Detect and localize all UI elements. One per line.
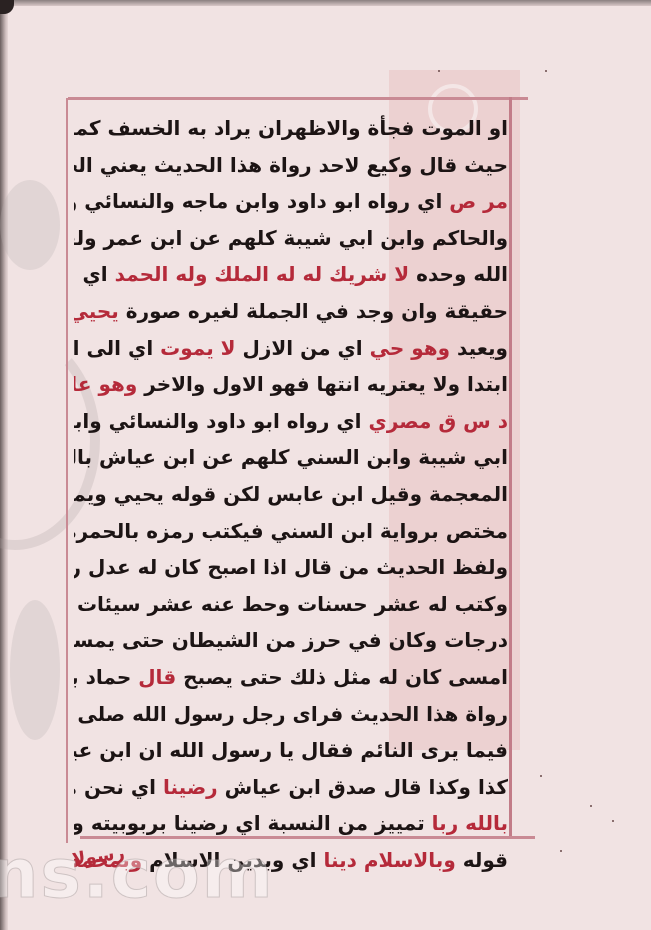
frame-rule-top: [68, 97, 528, 100]
text-line: فيما يرى النائم فقال يا رسول الله ان ابن…: [74, 732, 508, 769]
body-text: امسى كان له مثل ذلك حتى يصبح: [176, 665, 508, 689]
text-line: والحاكم وابن ابي شيبة كلهم عن ابن عمر ول…: [74, 220, 508, 257]
ink-speck: [590, 805, 592, 807]
body-text: ابتدا ولا يعتريه انتها فهو الاول والاخر: [137, 372, 508, 396]
rubric-text: لا يموت: [160, 336, 235, 360]
body-text: او الموت فجأة والاظهران يراد به الخسف كم…: [74, 116, 508, 140]
ink-speck: [545, 70, 547, 72]
text-line: الله وحده لا شريك له له الملك وله الحمد …: [74, 256, 508, 293]
body-text: حماد بن سلمة احد: [74, 665, 138, 689]
text-line: ولفظ الحديث من قال اذا اصبح كان له عدل ر…: [74, 549, 508, 586]
body-text: حقيقة وان وجد في الجملة لغيره صورة: [119, 299, 508, 323]
text-line: حيث قال وكيع لاحد رواة هذا الحديث يعني ا…: [74, 147, 508, 184]
rubric-text: قال: [138, 665, 176, 689]
text-line: ويعيد وهو حي اي من الازل لا يموت اي الى …: [74, 330, 508, 367]
frame-rule-left: [66, 98, 68, 843]
rubric-text: وهو حي: [370, 336, 450, 360]
rubric-text: وبالاسلام دينا: [323, 848, 455, 872]
rubric-text: رضينا: [163, 775, 218, 799]
body-text: تمييز من النسبة اي رضينا بربوبيته وكذا ا…: [74, 811, 432, 835]
body-text: درجات وكان في حرز من الشيطان حتى يمسي وا…: [74, 628, 508, 652]
body-text: اي علي وجه الاختصاص: [74, 262, 115, 286]
frame-rule-right: [509, 97, 512, 837]
manuscript-text-block: او الموت فجأة والاظهران يراد به الخسف كم…: [74, 110, 508, 878]
text-line: مختص برواية ابن السني فيكتب رمزه بالحمرة…: [74, 513, 508, 550]
body-text: حيث قال وكيع لاحد رواة هذا الحديث يعني ا…: [74, 153, 508, 177]
rubric-text: د س ق مصري: [369, 409, 509, 433]
body-text: فيما يرى النائم فقال يا رسول الله ان ابن…: [74, 738, 508, 762]
ink-speck: [560, 850, 562, 852]
text-line: مر ص اي رواه ابو داود وابن ماجه والنسائي…: [74, 183, 508, 220]
text-line: رواة هذا الحديث فراى رجل رسول الله صلى ا…: [74, 696, 508, 733]
text-line: ابتدا ولا يعتريه انتها فهو الاول والاخر …: [74, 366, 508, 403]
text-line: او الموت فجأة والاظهران يراد به الخسف كم…: [74, 110, 508, 147]
rubric-text: مر ص: [449, 189, 508, 213]
body-text: والحاكم وابن ابي شيبة كلهم عن ابن عمر ول…: [74, 226, 508, 250]
text-line: د س ق مصري اي رواه ابو داود والنسائي واب…: [74, 403, 508, 440]
body-text: وكتب له عشر حسنات وحط عنه عشر سيئات ورفع…: [74, 592, 508, 616]
rubric-text: يحيي ويميت: [74, 299, 119, 323]
body-text: اي رواه ابو داود وابن ماجه والنسائي وابن…: [74, 189, 449, 213]
text-line: ابي شيبة وابن السني كلهم عن ابن عياش بال…: [74, 439, 508, 476]
body-text: ويعيد: [450, 336, 508, 360]
body-text: اي نحن معاشر المومنين: [74, 775, 163, 799]
body-text: رواة هذا الحديث فراى رجل رسول الله صلى ا…: [74, 702, 508, 726]
text-line: وكتب له عشر حسنات وحط عنه عشر سيئات ورفع…: [74, 586, 508, 623]
body-text: مختص برواية ابن السني فيكتب رمزه بالحمرة…: [74, 519, 508, 543]
body-text: المعجمة وقيل ابن عابس لكن قوله يحيي ويمي…: [74, 482, 508, 506]
body-text: ابي شيبة وابن السني كلهم عن ابن عياش بال…: [74, 445, 508, 469]
text-line: امسى كان له مثل ذلك حتى يصبح قال حماد بن…: [74, 659, 508, 696]
text-line: كذا وكذا قال صدق ابن عياش رضينا اي نحن م…: [74, 769, 508, 806]
body-text: كذا وكذا قال صدق ابن عياش: [218, 775, 508, 799]
site-watermark: ns.com: [0, 835, 275, 914]
body-text: اي من الازل: [236, 336, 370, 360]
rubric-text: وهو على كل شيء قدير: [74, 372, 137, 396]
body-text: اي رواه ابو داود والنسائي وابن ماجه وابن: [74, 409, 369, 433]
text-line: حقيقة وان وجد في الجملة لغيره صورة يحيي …: [74, 293, 508, 330]
body-text: ولفظ الحديث من قال اذا اصبح كان له عدل ر…: [74, 555, 508, 579]
body-text: الله وحده: [409, 262, 508, 286]
ink-speck: [612, 820, 614, 822]
paper-stain: [10, 600, 60, 740]
text-line: المعجمة وقيل ابن عابس لكن قوله يحيي ويمي…: [74, 476, 508, 513]
ink-speck: [438, 70, 440, 72]
rubric-text: بالله ربا: [432, 811, 508, 835]
ink-speck: [540, 775, 542, 777]
text-line: درجات وكان في حرز من الشيطان حتى يمسي وا…: [74, 622, 508, 659]
paper-stain: [0, 180, 60, 270]
body-text: قوله: [456, 848, 508, 872]
body-text: اي الى الابد فليس له: [74, 336, 160, 360]
rubric-text: لا شريك له له الملك وله الحمد: [115, 262, 410, 286]
